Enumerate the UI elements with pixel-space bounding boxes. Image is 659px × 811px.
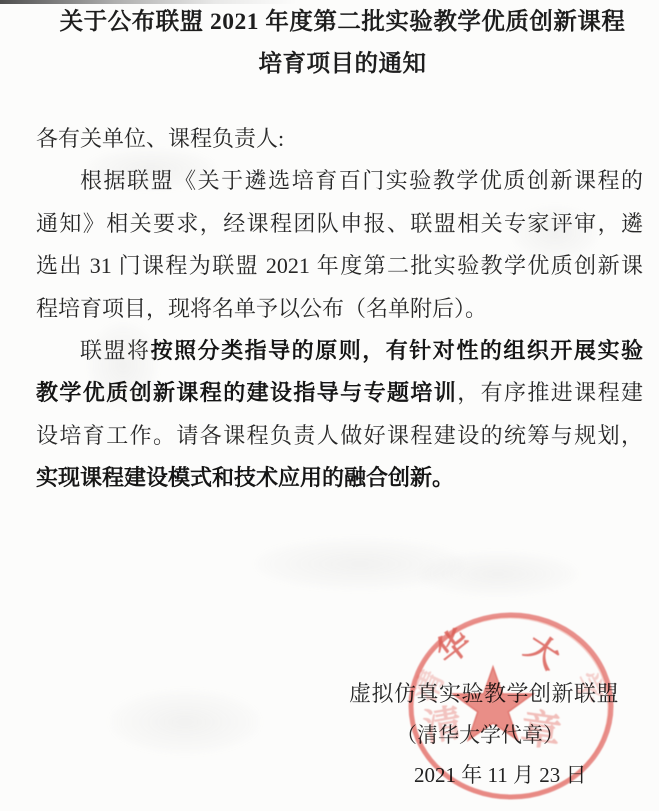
bleedthrough-smudge bbox=[418, 552, 578, 596]
body-line: 设培育工作。请各课程负责人做好课程建设的统筹与规划， bbox=[36, 415, 643, 457]
body-text-bold: 按照分类指导的原则，有针对性的组织开展实验 bbox=[151, 338, 643, 363]
signature-date: 2021 年 11 月 23 日 bbox=[414, 759, 586, 789]
seal-arc-char: 大 bbox=[518, 628, 566, 677]
title-line-2: 培育项目的通知 bbox=[13, 43, 659, 85]
body-text: ，有序推进课程建 bbox=[457, 380, 643, 405]
title-line-1: 关于公布联盟 2021 年度第二批实验教学优质创新课程 bbox=[13, 1, 659, 43]
document-body: 各有关单位、课程负责人: 根据联盟《关于遴选培育百门实验教学优质创新课程的 通知… bbox=[36, 118, 643, 500]
signature-note: （清华大学代章） bbox=[396, 719, 564, 749]
body-text-bold: 教学优质创新课程的建设指导与专题培训 bbox=[36, 380, 457, 405]
salutation: 各有关单位、课程负责人: bbox=[36, 118, 643, 160]
body-line: 教学优质创新课程的建设指导与专题培训，有序推进课程建 bbox=[36, 372, 643, 414]
signature-org: 虚拟仿真实验教学创新联盟 bbox=[349, 677, 619, 708]
seal-arc-char: 华 bbox=[430, 622, 479, 671]
body-text: 根据联盟《关于遴选培育百门实验教学优质创新课程的 bbox=[80, 168, 643, 193]
body-text: 选出 31 门课程为联盟 2021 年度第二批实验教学优质创新课 bbox=[36, 253, 643, 278]
body-line: 联盟将按照分类指导的原则，有针对性的组织开展实验 bbox=[36, 330, 643, 372]
body-text: 通知》相关要求，经课程团队申报、联盟相关专家评审，遴 bbox=[36, 211, 643, 236]
body-line: 通知》相关要求，经课程团队申报、联盟相关专家评审，遴 bbox=[36, 203, 643, 245]
body-text: 程培育项目，现将名单予以公布（名单附后）。 bbox=[36, 296, 487, 321]
body-text: 设培育工作。请各课程负责人做好课程建设的统筹与规划， bbox=[36, 423, 643, 448]
document-title: 关于公布联盟 2021 年度第二批实验教学优质创新课程 培育项目的通知 bbox=[13, 1, 659, 85]
body-line: 根据联盟《关于遴选培育百门实验教学优质创新课程的 bbox=[36, 160, 643, 202]
body-line: 程培育项目，现将名单予以公布（名单附后）。 bbox=[36, 288, 643, 330]
bleedthrough-smudge bbox=[110, 690, 260, 754]
body-text-bold: 实现课程建设模式和技术应用的融合创新。 bbox=[36, 465, 454, 490]
body-line: 选出 31 门课程为联盟 2021 年度第二批实验教学优质创新课 bbox=[36, 245, 643, 287]
body-text: 联盟将 bbox=[80, 338, 151, 363]
body-line: 实现课程建设模式和技术应用的融合创新。 bbox=[36, 457, 643, 499]
document-page: 关于公布联盟 2021 年度第二批实验教学优质创新课程 培育项目的通知 各有关单… bbox=[0, 0, 659, 811]
